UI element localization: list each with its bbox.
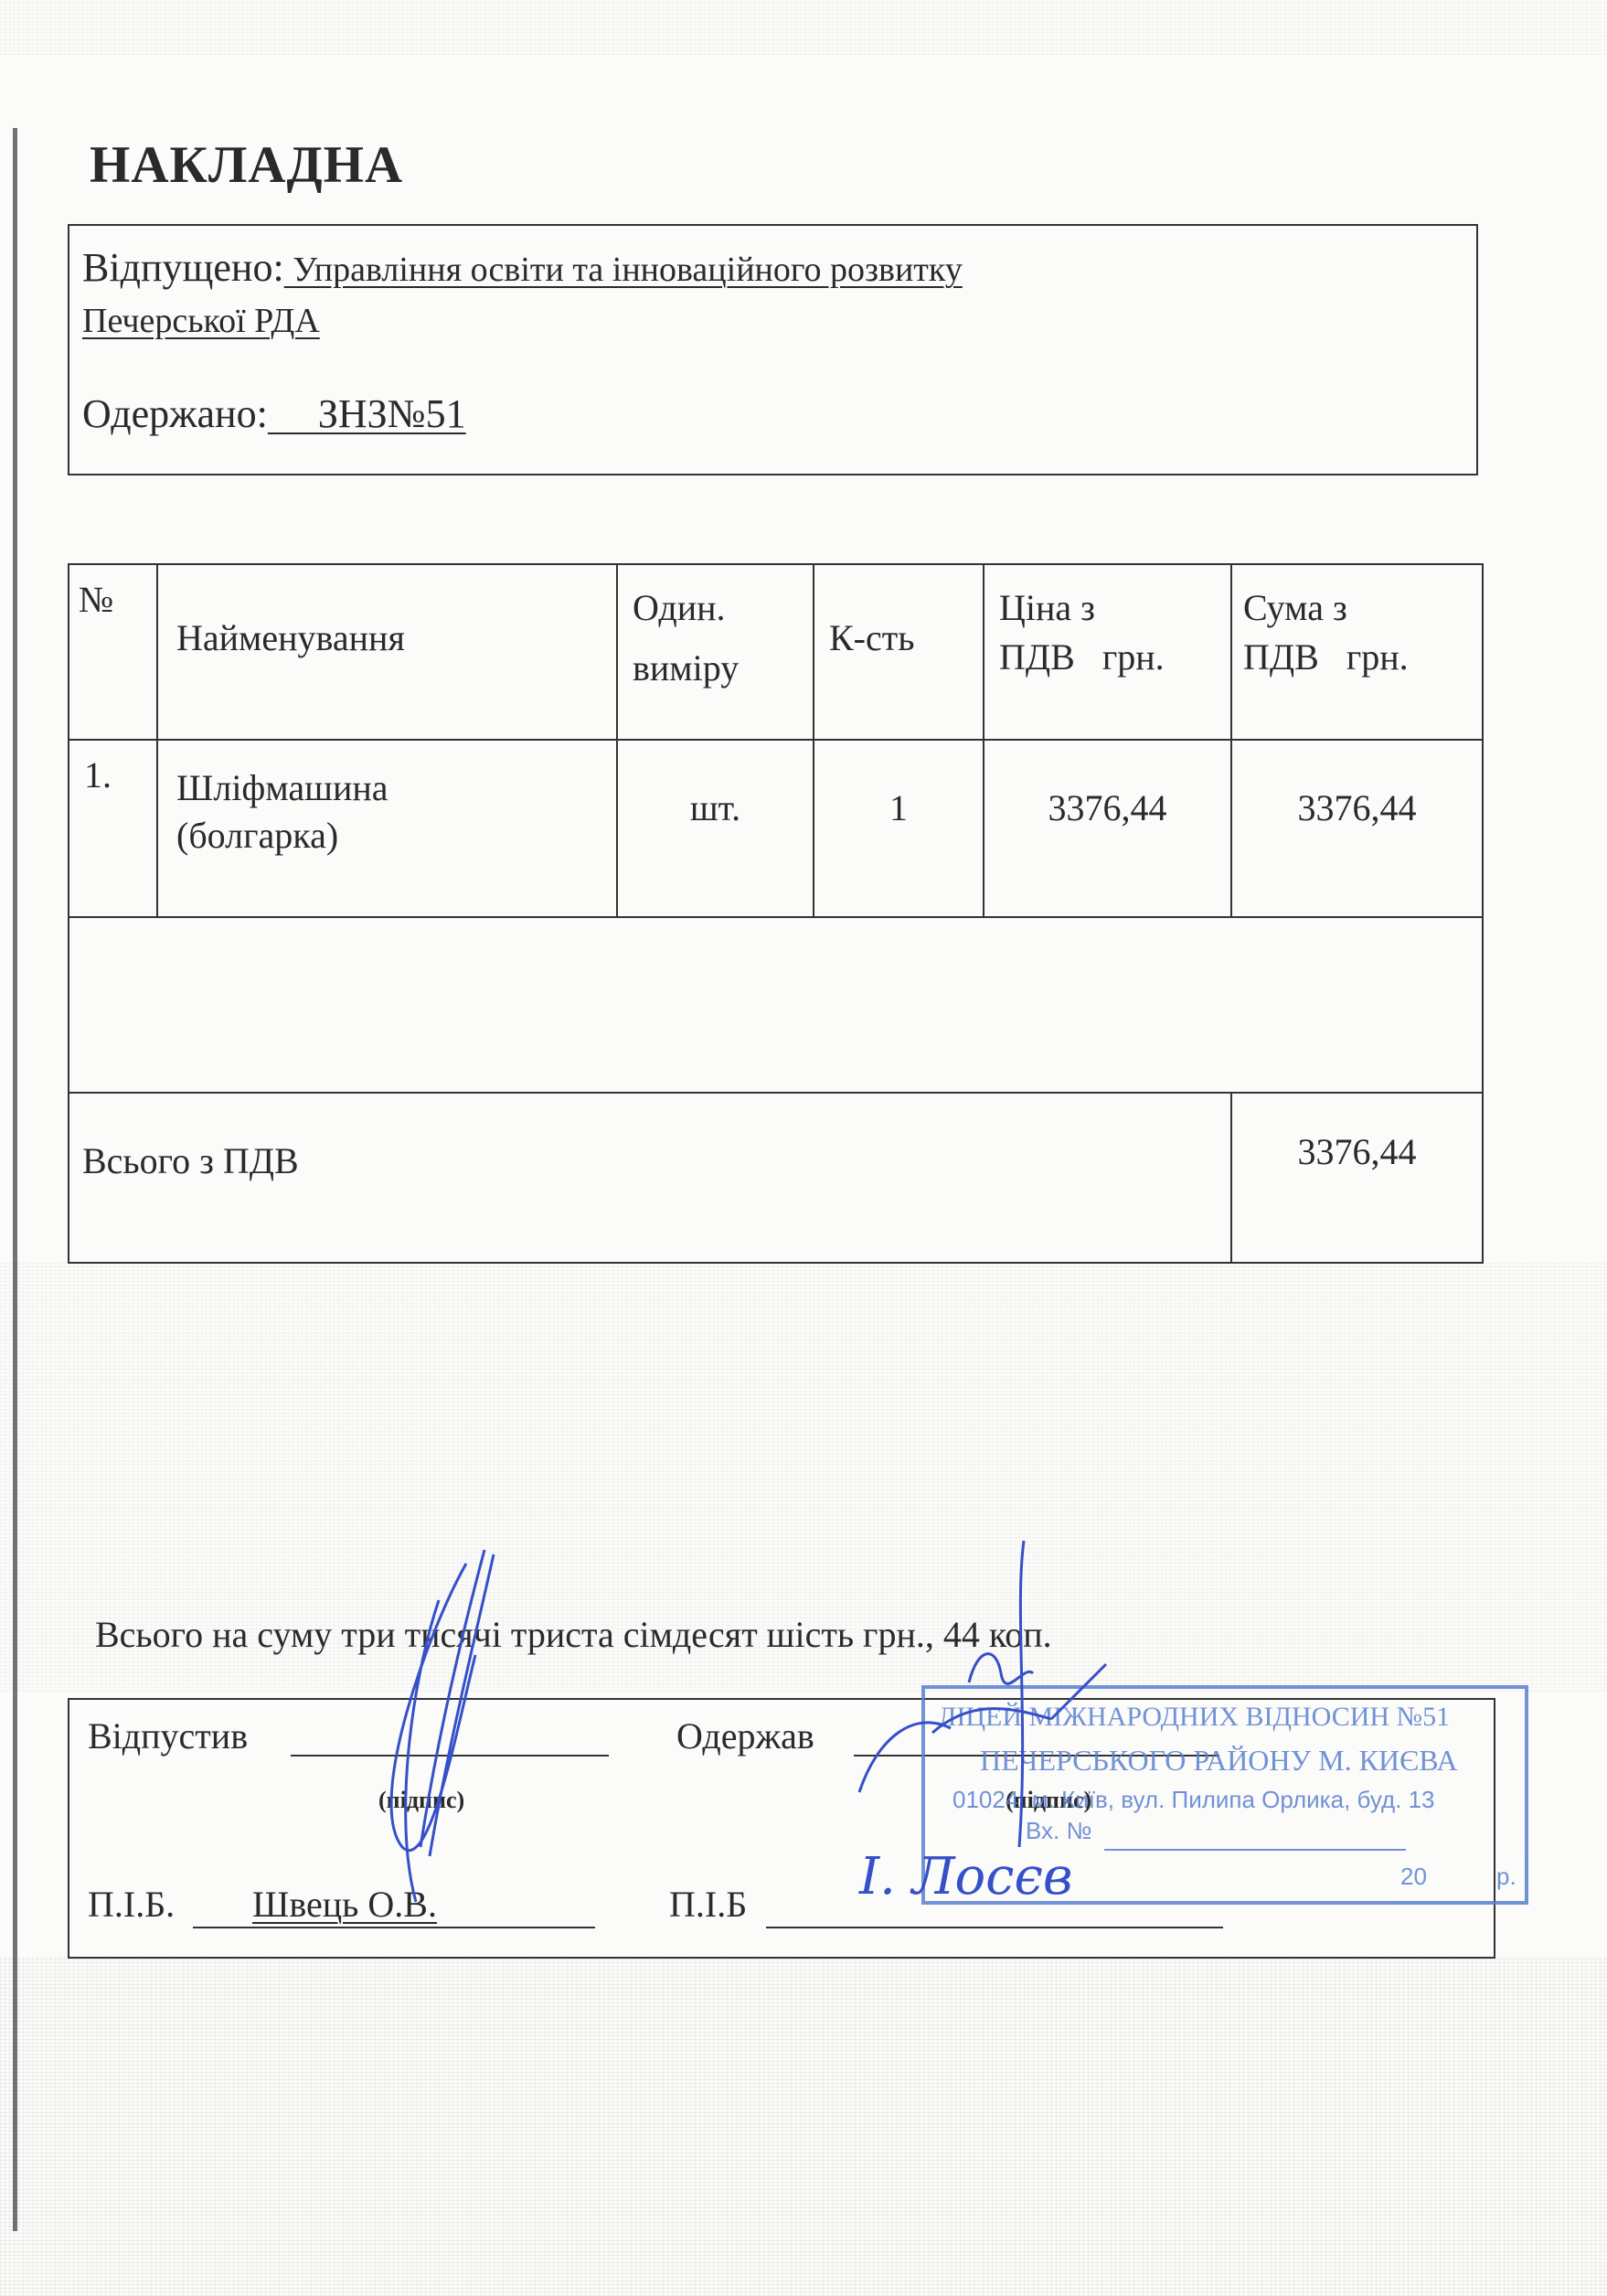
row-unit: шт. xyxy=(618,741,813,829)
fio-label-1: П.І.Б. xyxy=(88,1883,175,1926)
received-line: Одержано: ЗНЗ№51 xyxy=(82,390,466,437)
received-by-label: Одержав xyxy=(676,1714,814,1757)
released-label: Відпущено: xyxy=(82,245,284,290)
released-by-label: Відпустив xyxy=(88,1714,248,1757)
released-value-cont: Печерської РДА xyxy=(82,301,320,341)
released-line: Відпущено: Управління освіти та інноваці… xyxy=(82,244,963,291)
table-header-row: № Найменування Один.виміру К-сть Ціна зП… xyxy=(69,564,1483,740)
total-value: 3376,44 xyxy=(1232,1094,1482,1173)
handwritten-name: І. Лосєв xyxy=(859,1847,1073,1906)
fio-line-1 xyxy=(193,1927,595,1928)
row-qty: 1 xyxy=(814,741,983,829)
released-value: Управління освіти та інноваційного розви… xyxy=(284,251,963,289)
table-empty-row xyxy=(69,917,1483,1093)
table-row: 1. Шліфмашина(болгарка) шт. 1 3376,44 33… xyxy=(69,740,1483,917)
col-price-header: Ціна зПДВ грн. xyxy=(984,565,1230,682)
signature-received-icon xyxy=(841,1536,1225,1865)
col-name-header: Найменування xyxy=(158,565,616,659)
row-sum: 3376,44 xyxy=(1232,741,1482,829)
col-unit-header: Один.виміру xyxy=(618,565,813,699)
stamp-year-suffix: р. xyxy=(1496,1863,1517,1891)
col-no-header: № xyxy=(69,565,156,621)
document-title: НАКЛАДНА xyxy=(90,135,403,195)
scan-noise-top xyxy=(0,0,1607,55)
table-total-row: Всього з ПДВ 3376,44 xyxy=(69,1093,1483,1263)
scan-left-edge xyxy=(13,128,17,2231)
received-label: Одержано: xyxy=(82,391,268,436)
col-sum-header: Сума зПДВ грн. xyxy=(1232,565,1482,682)
row-price: 3376,44 xyxy=(984,741,1230,829)
fio-label-2: П.І.Б xyxy=(669,1883,747,1926)
row-no: 1. xyxy=(69,741,156,796)
row-name: Шліфмашина(болгарка) xyxy=(158,741,616,860)
received-value: ЗНЗ№51 xyxy=(268,391,466,436)
header-box: Відпущено: Управління освіти та інноваці… xyxy=(68,224,1478,475)
invoice-table: № Найменування Один.виміру К-сть Ціна зП… xyxy=(68,563,1484,1264)
total-label: Всього з ПДВ xyxy=(69,1094,1230,1182)
stamp-year: 20 xyxy=(1400,1863,1427,1891)
fio-line-2 xyxy=(766,1927,1223,1928)
col-qty-header: К-сть xyxy=(814,565,983,659)
scan-noise-bottom xyxy=(0,1957,1607,2296)
signature-released-icon xyxy=(329,1545,530,1911)
